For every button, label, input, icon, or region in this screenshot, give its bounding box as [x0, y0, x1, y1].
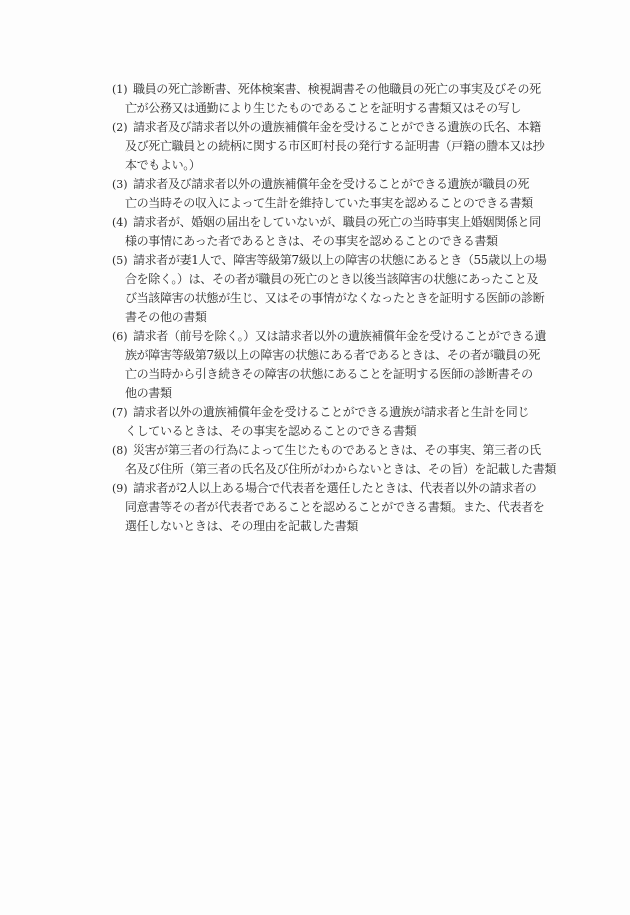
list-item-1: (1) 職員の死亡診断書、死体検案書、検視調書その他職員の死亡の事実及びその死 … — [112, 80, 532, 118]
item-number: (7) — [112, 403, 128, 422]
item-number: (4) — [112, 213, 128, 232]
item-number: (2) — [112, 118, 128, 137]
item-text: び当該障害の状態が生じ、又はその事情がなくなったときを証明する医師の診断 — [125, 289, 544, 308]
item-line: (8) 災害が第三者の行為によって生じたものであるときは、その事実、第三者の氏 — [112, 441, 532, 460]
item-line: (2) 請求者及び請求者以外の遺族補償年金を受けることができる遺族の氏名、本籍 — [112, 118, 532, 137]
list-item-6: (6) 請求者（前号を除く。）又は請求者以外の遺族補償年金を受けることができる遺… — [112, 327, 532, 403]
item-text: 亡の当時その収入によって生計を維持していた事実を認めることのできる書類 — [125, 194, 533, 213]
item-number: (3) — [112, 175, 128, 194]
document-page: (1) 職員の死亡診断書、死体検案書、検視調書その他職員の死亡の事実及びその死 … — [0, 0, 630, 915]
list-item-8: (8) 災害が第三者の行為によって生じたものであるときは、その事実、第三者の氏 … — [112, 441, 532, 479]
item-line: (4) 請求者が、婚姻の届出をしていないが、職員の死亡の当時事実上婚姻関係と同 — [112, 213, 532, 232]
list-item-2: (2) 請求者及び請求者以外の遺族補償年金を受けることができる遺族の氏名、本籍 … — [112, 118, 532, 175]
item-line: (5) 請求者が妻1人で、障害等級第7級以上の障害の状態にあるとき（55歳以上の… — [112, 251, 532, 270]
item-text: 災害が第三者の行為によって生じたものであるときは、その事実、第三者の氏 — [133, 441, 541, 460]
item-text: 請求者以外の遺族補償年金を受けることができる遺族が請求者と生計を同じ — [133, 403, 529, 422]
item-text: 請求者及び請求者以外の遺族補償年金を受けることができる遺族の氏名、本籍 — [133, 118, 541, 137]
item-line: (3) 請求者及び請求者以外の遺族補償年金を受けることができる遺族が職員の死 — [112, 175, 532, 194]
item-number: (8) — [112, 441, 128, 460]
item-line: び当該障害の状態が生じ、又はその事情がなくなったときを証明する医師の診断 — [112, 289, 532, 308]
item-line: 亡の当時から引き続きその障害の状態にあることを証明する医師の診断書その — [112, 365, 532, 384]
item-text: 様の事情にあった者であるときは、その事実を認めることのできる書類 — [125, 232, 498, 251]
item-line: (9) 請求者が2人以上ある場合で代表者を選任したときは、代表者以外の請求者の — [112, 479, 532, 498]
item-line: 亡の当時その収入によって生計を維持していた事実を認めることのできる書類 — [112, 194, 532, 213]
item-text: 及び死亡職員との続柄に関する市区町村長の発行する証明書（戸籍の謄本又は抄 — [125, 137, 544, 156]
item-text: 名及び住所（第三者の氏名及び住所がわからないときは、その旨）を記載した書類 — [125, 460, 556, 479]
item-text: 亡が公務又は通勤により生じたものであることを証明する書類又はその写し — [125, 99, 521, 118]
item-number: (6) — [112, 327, 128, 346]
item-text: 請求者が、婚姻の届出をしていないが、職員の死亡の当時事実上婚姻関係と同 — [133, 213, 541, 232]
list-item-7: (7) 請求者以外の遺族補償年金を受けることができる遺族が請求者と生計を同じ く… — [112, 403, 532, 441]
item-text: 同意書等その者が代表者であることを認めることができる書類。また、代表者を — [125, 498, 544, 517]
item-line: 他の書類 — [112, 384, 532, 403]
item-text: 職員の死亡診断書、死体検案書、検視調書その他職員の死亡の事実及びその死 — [133, 80, 541, 99]
item-line: 同意書等その者が代表者であることを認めることができる書類。また、代表者を — [112, 498, 532, 517]
item-text: 合を除く。）は、その者が職員の死亡のとき以後当該障害の状態にあったこと及 — [125, 270, 538, 289]
item-line: 名及び住所（第三者の氏名及び住所がわからないときは、その旨）を記載した書類 — [112, 460, 532, 479]
item-text: 請求者及び請求者以外の遺族補償年金を受けることができる遺族が職員の死 — [133, 175, 529, 194]
item-text: くしているときは、その事実を認めることのできる書類 — [125, 422, 416, 441]
item-text: 選任しないときは、その理由を記載した書類 — [125, 517, 358, 536]
list-item-4: (4) 請求者が、婚姻の届出をしていないが、職員の死亡の当時事実上婚姻関係と同 … — [112, 213, 532, 251]
item-line: (6) 請求者（前号を除く。）又は請求者以外の遺族補償年金を受けることができる遺 — [112, 327, 532, 346]
required-documents-list: (1) 職員の死亡診断書、死体検案書、検視調書その他職員の死亡の事実及びその死 … — [112, 80, 532, 536]
item-line: 書その他の書類 — [112, 308, 532, 327]
item-text: 亡の当時から引き続きその障害の状態にあることを証明する医師の診断書その — [125, 365, 533, 384]
item-line: 合を除く。）は、その者が職員の死亡のとき以後当該障害の状態にあったこと及 — [112, 270, 532, 289]
item-text: 書その他の書類 — [125, 308, 207, 327]
item-line: くしているときは、その事実を認めることのできる書類 — [112, 422, 532, 441]
item-line: (1) 職員の死亡診断書、死体検案書、検視調書その他職員の死亡の事実及びその死 — [112, 80, 532, 99]
item-text: 本でもよい。） — [125, 156, 201, 175]
item-text: 請求者が妻1人で、障害等級第7級以上の障害の状態にあるとき（55歳以上の場 — [133, 251, 546, 270]
item-line: 様の事情にあった者であるときは、その事実を認めることのできる書類 — [112, 232, 532, 251]
list-item-3: (3) 請求者及び請求者以外の遺族補償年金を受けることができる遺族が職員の死 亡… — [112, 175, 532, 213]
list-item-9: (9) 請求者が2人以上ある場合で代表者を選任したときは、代表者以外の請求者の … — [112, 479, 532, 536]
item-text: 請求者（前号を除く。）又は請求者以外の遺族補償年金を受けることができる遺 — [133, 327, 546, 346]
item-text: 族が障害等級第7級以上の障害の状態にある者であるときは、その者が職員の死 — [125, 346, 540, 365]
list-item-5: (5) 請求者が妻1人で、障害等級第7級以上の障害の状態にあるとき（55歳以上の… — [112, 251, 532, 327]
item-number: (5) — [112, 251, 128, 270]
item-line: 選任しないときは、その理由を記載した書類 — [112, 517, 532, 536]
item-text: 他の書類 — [125, 384, 172, 403]
item-line: (7) 請求者以外の遺族補償年金を受けることができる遺族が請求者と生計を同じ — [112, 403, 532, 422]
item-text: 請求者が2人以上ある場合で代表者を選任したときは、代表者以外の請求者の — [133, 479, 536, 498]
item-number: (9) — [112, 479, 128, 498]
item-number: (1) — [112, 80, 128, 99]
item-line: 及び死亡職員との続柄に関する市区町村長の発行する証明書（戸籍の謄本又は抄 — [112, 137, 532, 156]
item-line: 亡が公務又は通勤により生じたものであることを証明する書類又はその写し — [112, 99, 532, 118]
item-line: 族が障害等級第7級以上の障害の状態にある者であるときは、その者が職員の死 — [112, 346, 532, 365]
item-line: 本でもよい。） — [112, 156, 532, 175]
